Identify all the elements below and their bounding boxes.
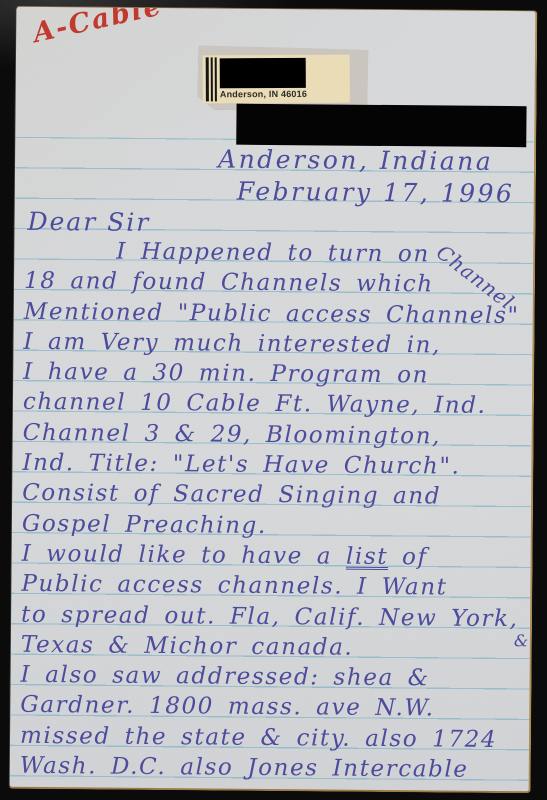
- body-line-text: missed the state & city. also 1724: [20, 723, 497, 753]
- body-line: Consist of Sacred Singing and: [22, 480, 522, 515]
- body-line: Gospel Preaching.: [22, 510, 522, 545]
- underlined-word: list: [346, 544, 388, 570]
- body-line-text: I would like to have a: [22, 541, 347, 570]
- red-annotation: A-Cable: [30, 6, 165, 49]
- stray-ampersand: &: [514, 631, 528, 650]
- body-line-text: I have a 30 min. Program on: [23, 359, 429, 389]
- body-line-text: Texas & Michor canada.: [21, 632, 354, 661]
- letter-date: February 17, 1996: [237, 177, 515, 208]
- body-line: I also saw addressed: shea &: [20, 662, 520, 697]
- body-line: I would like to have a list of: [21, 541, 521, 576]
- body-line: 18 and found Channels which: [24, 268, 524, 303]
- body-line-text: Gospel Preaching.: [22, 510, 267, 538]
- mailing-label: Anderson, IN 46016: [203, 55, 350, 104]
- body-line-text: Channel 3 & 29, Bloomington,: [23, 420, 442, 450]
- body-line-text: Gardner. 1800 mass. ave N.W.: [20, 692, 434, 722]
- body-line-text: Public access channels. I Want: [21, 571, 447, 601]
- body-line-text: to spread out. Fla, Calif. New York,: [21, 601, 519, 631]
- body-line-text: 18 and found Channels which: [24, 268, 434, 298]
- body-line-text: Consist of Sacred Singing and: [22, 480, 441, 510]
- body-line: I have a 30 min. Program on: [23, 359, 523, 394]
- body-line-text: of: [388, 544, 428, 570]
- body-line-text: channel 10 Cable Ft. Wayne, Ind.: [23, 389, 487, 419]
- body-line: Ind. Title: "Let's Have Church".: [22, 450, 522, 485]
- letter-salutation: Dear Sir: [27, 207, 150, 237]
- body-line-text: Mentioned "Public access Channels": [24, 298, 520, 328]
- body-line: Mentioned "Public access Channels": [24, 298, 524, 333]
- body-line: channel 10 Cable Ft. Wayne, Ind.: [23, 389, 523, 424]
- label-bars-icon: [206, 57, 218, 101]
- letter-page: A-Cable Anderson, IN 46016 Anderson, Ind…: [9, 6, 538, 794]
- body-line: Wash. D.C. also Jones Intercable: [20, 753, 520, 788]
- body-line: I Happened to turn on Channel: [24, 238, 524, 273]
- body-line: Texas & Michor canada.: [21, 632, 521, 667]
- address-redaction-box: [236, 104, 526, 148]
- letter-body: I Happened to turn on Channel 18 and fou…: [20, 238, 525, 788]
- scan-background: A-Cable Anderson, IN 46016 Anderson, Ind…: [0, 0, 547, 800]
- body-line-text: I Happened to turn on: [116, 239, 430, 268]
- label-redaction-box: [220, 58, 306, 88]
- body-line: Public access channels. I Want: [21, 571, 521, 606]
- body-line: Gardner. 1800 mass. ave N.W.: [20, 692, 520, 727]
- label-city-text: Anderson, IN 46016: [220, 89, 307, 99]
- body-line: Channel 3 & 29, Bloomington,: [23, 420, 523, 455]
- body-line: to spread out. Fla, Calif. New York,: [21, 601, 521, 636]
- body-line-text: I also saw addressed: shea &: [20, 662, 429, 692]
- body-line-text: I am Very much interested in,: [23, 329, 441, 359]
- letter-place: Anderson, Indiana: [218, 145, 493, 176]
- body-line-text: Wash. D.C. also Jones Intercable: [20, 753, 469, 783]
- body-line-text: Ind. Title: "Let's Have Church".: [22, 450, 460, 480]
- body-line: I am Very much interested in,: [23, 329, 523, 364]
- body-line: missed the state & city. also 1724: [20, 723, 520, 758]
